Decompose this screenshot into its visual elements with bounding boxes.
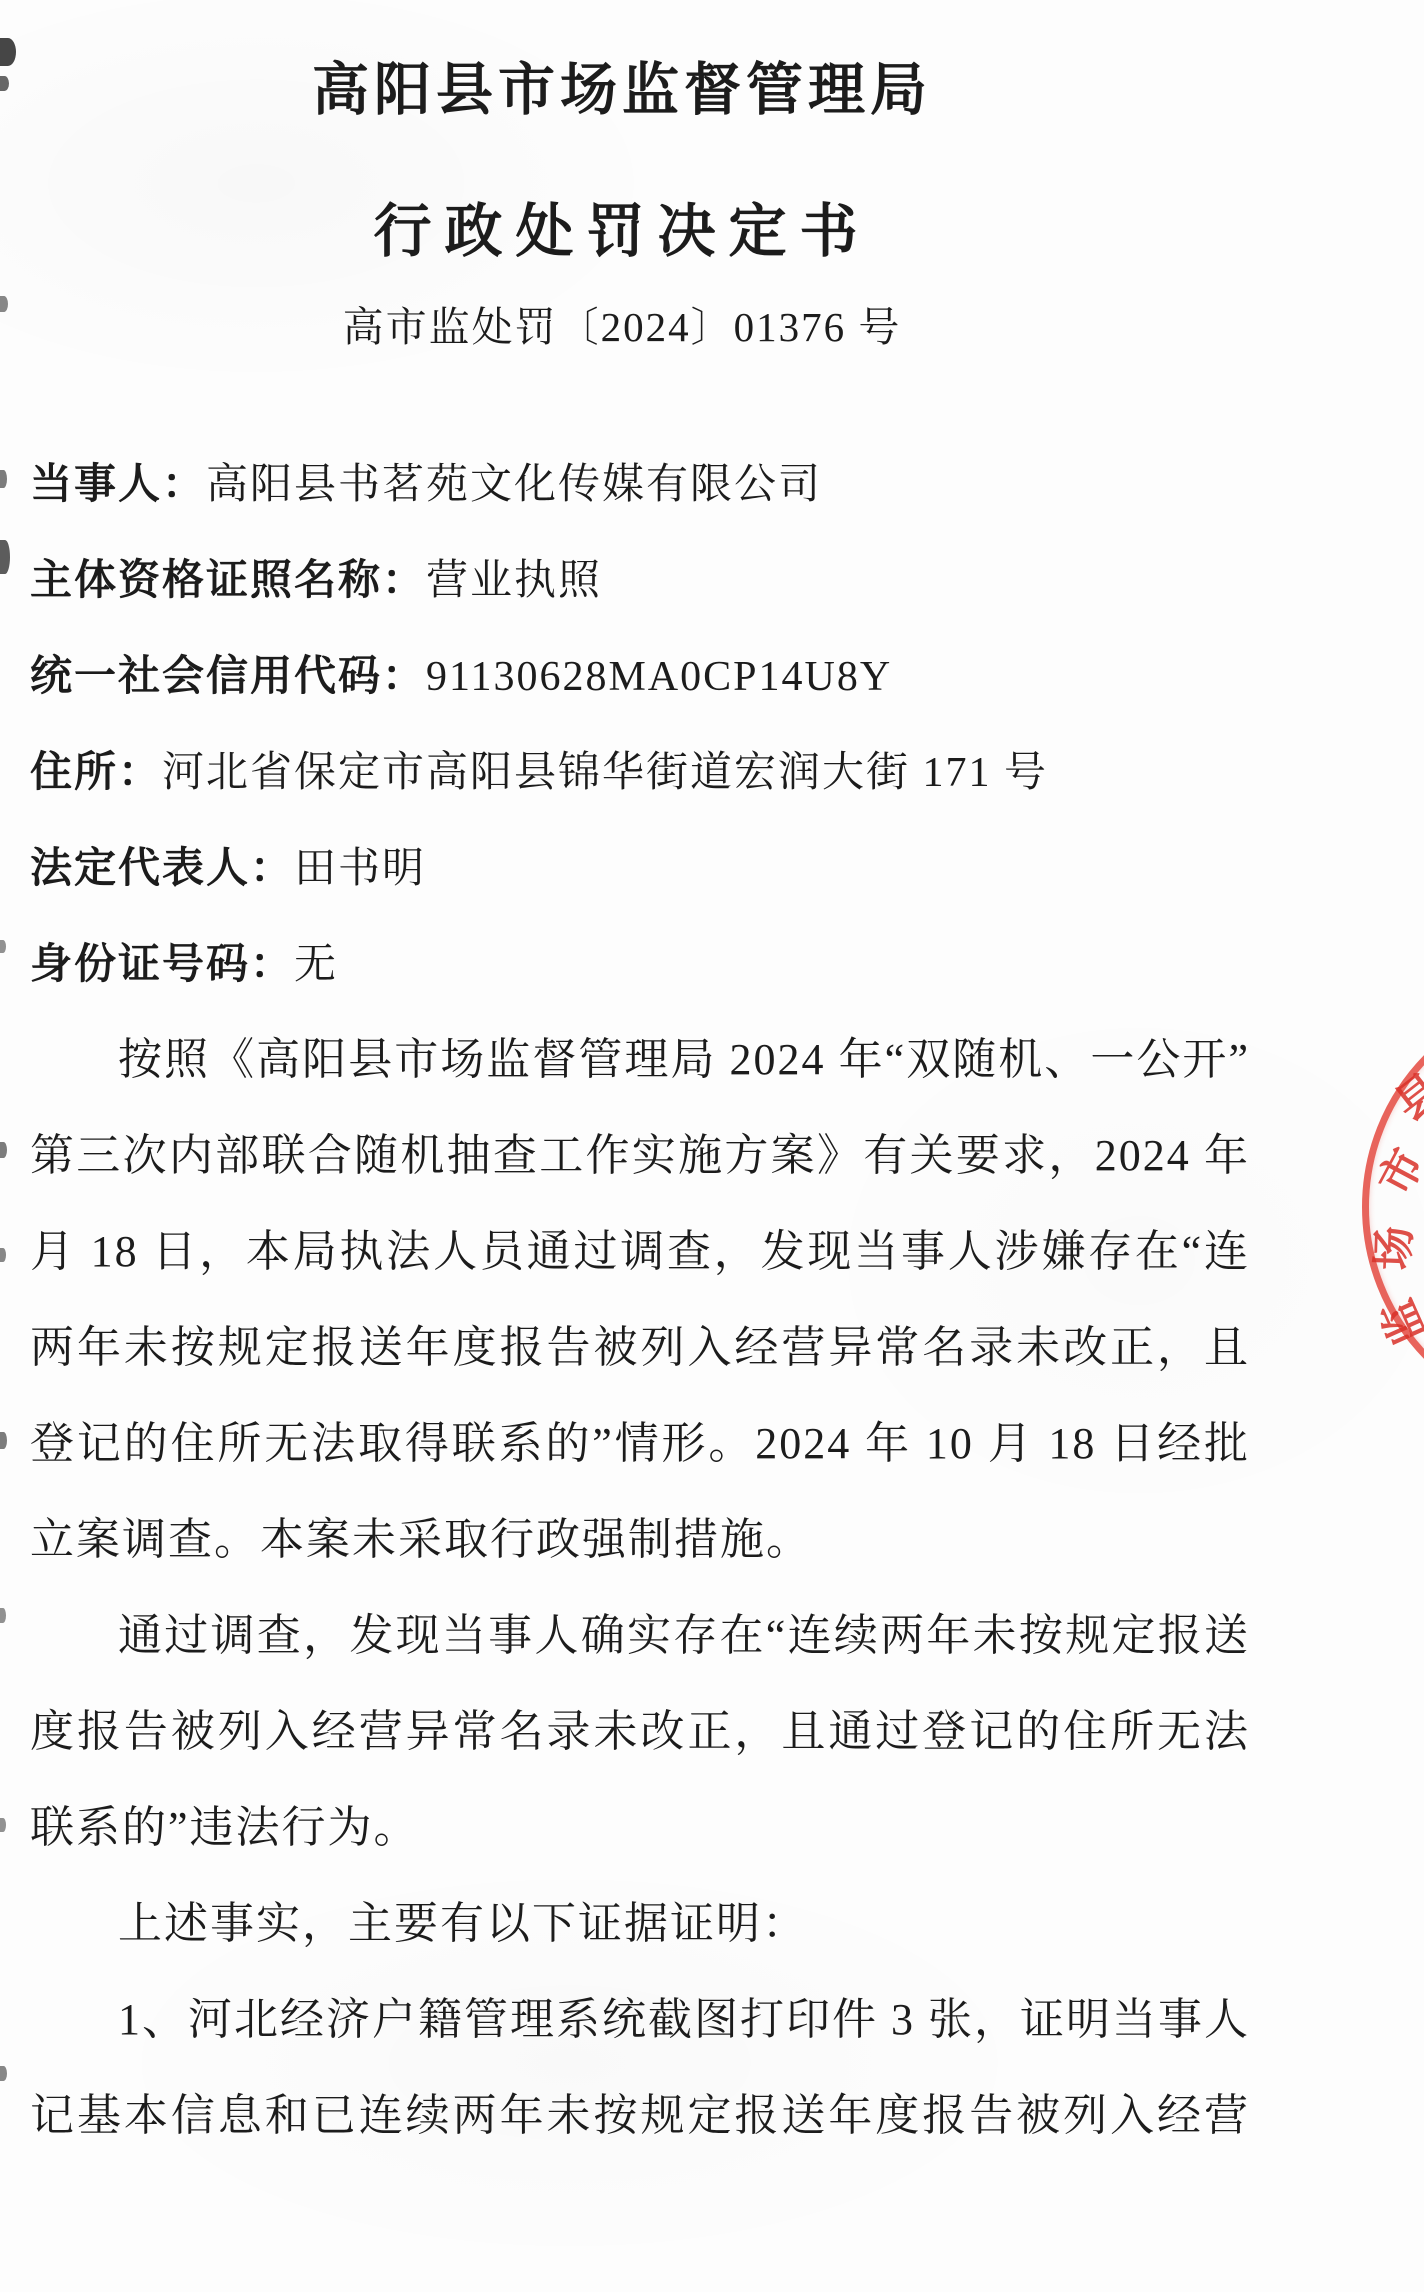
body-line: 度报告被列入经营异常名录未改正，且通过登记的住所无法取得 (30, 1684, 1250, 1780)
address-value: 河北省保定市高阳县锦华街道宏润大街 171 号 (162, 750, 1048, 796)
party-information-block: 当事人：高阳县书茗苑文化传媒有限公司 主体资格证照名称：营业执照 统一社会信用代… (30, 437, 1250, 1013)
decision-body-text: 按照《高阳县市场监督管理局 2024 年“双随机、一公开” 第三次内部联合随机抽… (30, 1012, 1250, 2164)
party-name-row: 当事人：高阳县书茗苑文化传媒有限公司 (30, 437, 1250, 533)
scan-artifact (0, 1248, 6, 1262)
body-line: 按照《高阳县市场监督管理局 2024 年“双随机、一公开” (30, 1012, 1250, 1108)
party-name-value: 高阳县书茗苑文化传媒有限公司 (206, 462, 822, 508)
official-seal-character: 场 (1357, 1225, 1422, 1271)
scan-artifact (0, 1432, 7, 1449)
id-number-label: 身份证号码： (30, 942, 294, 988)
body-line: 通过调查，发现当事人确实存在“连续两年未按规定报送年 (30, 1588, 1250, 1684)
issuing-authority-title: 高阳县市场监督管理局 (0, 44, 1244, 126)
scan-artifact (0, 470, 7, 488)
address-label: 住所： (30, 750, 162, 796)
body-line: 联系的”违法行为。 (30, 1780, 1250, 1876)
credit-code-label: 统一社会信用代码： (30, 654, 426, 700)
scan-artifact (0, 296, 8, 312)
legal-representative-value: 田书明 (294, 846, 426, 892)
legal-representative-label: 法定代表人： (30, 846, 294, 892)
body-line: 月 18 日，本局执法人员通过调查，发现当事人涉嫌存在“连续 (30, 1204, 1250, 1300)
scan-artifact (0, 540, 10, 574)
credit-code-row: 统一社会信用代码：91130628MA0CP14U8Y (30, 629, 1250, 725)
party-name-label: 当事人： (30, 462, 206, 508)
scan-artifact (0, 1608, 6, 1623)
body-line: 上述事实，主要有以下证据证明： (30, 1876, 1250, 1972)
scanned-penalty-decision-page: 高阳县市场监督管理局 行政处罚决定书 高市监处罚〔2024〕01376 号 当事… (0, 0, 1424, 2292)
body-line: 两年未按规定报送年度报告被列入经营异常名录未改正，且通过 (30, 1300, 1250, 1396)
license-type-row: 主体资格证照名称：营业执照 (30, 533, 1250, 629)
license-type-label: 主体资格证照名称： (30, 558, 426, 604)
legal-representative-row: 法定代表人：田书明 (30, 821, 1250, 917)
body-line: 1、河北经济户籍管理系统截图打印件 3 张，证明当事人登 (30, 1972, 1250, 2068)
document-number: 高市监处罚〔2024〕01376 号 (0, 294, 1244, 353)
scan-artifact (0, 2066, 7, 2081)
body-line: 立案调查。本案未采取行政强制措施。 (30, 1492, 1250, 1588)
body-line: 第三次内部联合随机抽查工作实施方案》有关要求，2024 年 10 (30, 1108, 1250, 1204)
document-type-title: 行政处罚决定书 (0, 184, 1244, 268)
address-row: 住所：河北省保定市高阳县锦华街道宏润大街 171 号 (30, 725, 1250, 821)
official-seal-icon (1362, 990, 1424, 1424)
scan-artifact (0, 38, 16, 66)
license-type-value: 营业执照 (426, 558, 602, 604)
id-number-value: 无 (294, 942, 338, 988)
scan-artifact (0, 940, 6, 953)
scan-artifact (0, 1818, 6, 1832)
scan-artifact (0, 1142, 7, 1158)
id-number-row: 身份证号码：无 (30, 917, 1250, 1013)
body-line: 记基本信息和已连续两年未按规定报送年度报告被列入经营异 (30, 2068, 1250, 2164)
body-line: 登记的住所无法取得联系的”情形。2024 年 10 月 18 日经批准 (30, 1396, 1250, 1492)
credit-code-value: 91130628MA0CP14U8Y (426, 654, 892, 700)
scan-artifact (0, 76, 9, 91)
